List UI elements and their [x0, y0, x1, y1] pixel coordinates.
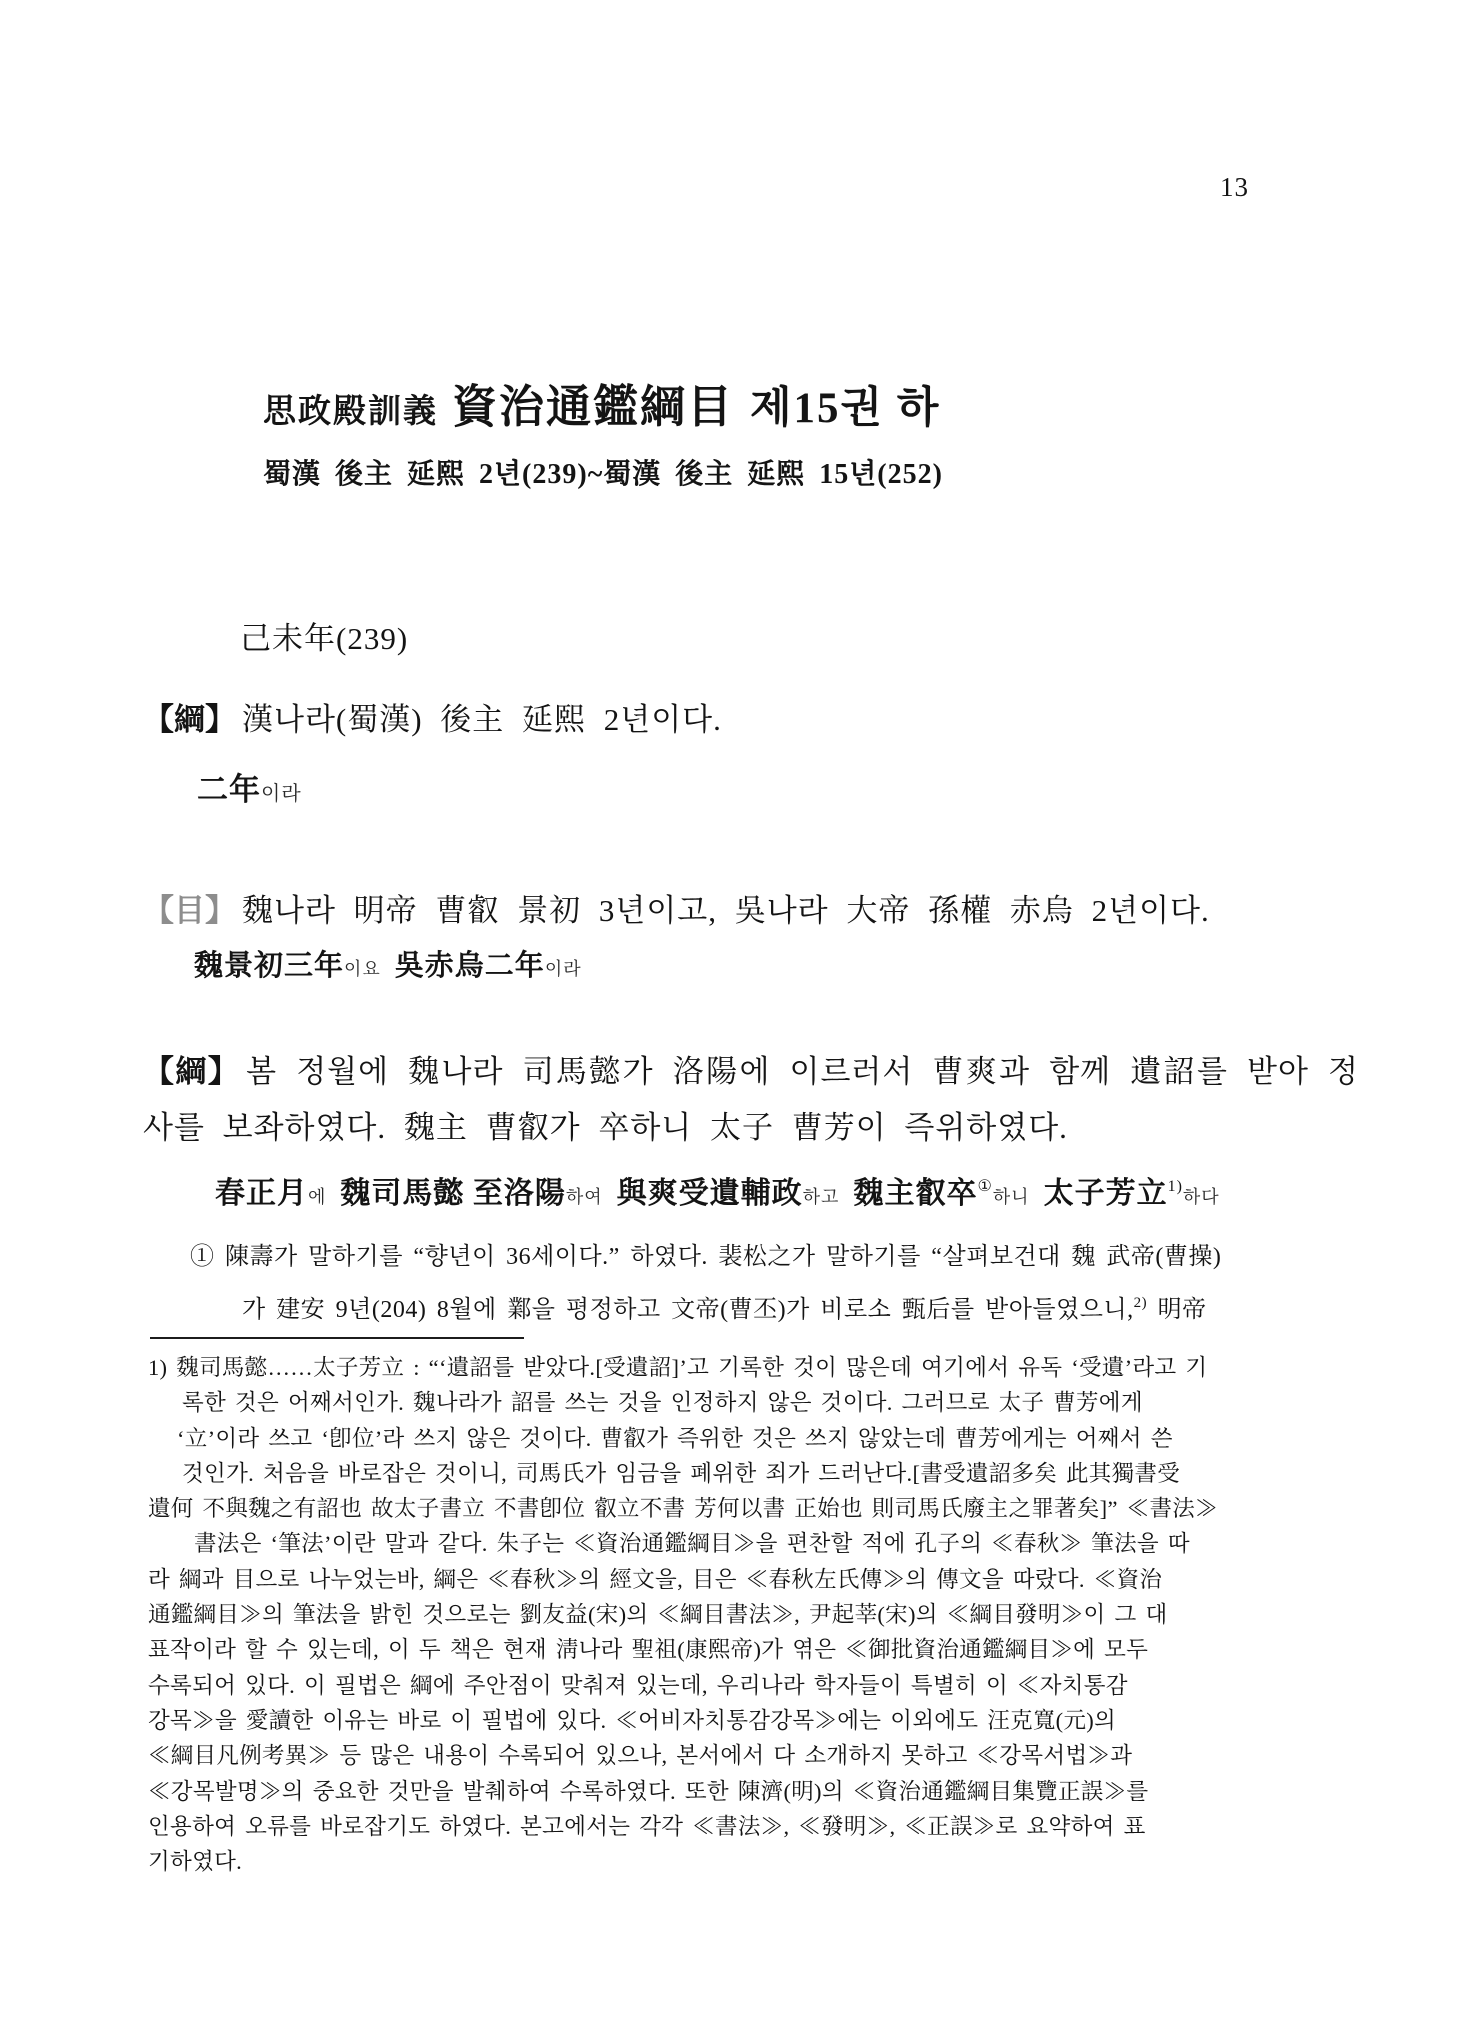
hanmun-particle: 하고	[803, 1187, 840, 1207]
title-main: 資治通鑑綱目	[452, 382, 734, 432]
hanmun-main: 二年	[197, 772, 261, 807]
note-line: 가 建安 9년(204) 8월에 鄴을 평정하고 文帝(曹丕)가 비로소 甄后를…	[242, 1280, 1380, 1333]
hanmun-main: 與爽受遺輔政	[617, 1177, 803, 1210]
footnote-block-1: 1) 魏司馬懿……太子芳立 : “‘遺詔를 받았다.[受遺詔]’고 기록한 것이…	[148, 1350, 1373, 1879]
footnote-line: 기하였다.	[148, 1844, 1373, 1879]
hanmun-particle: 하다	[1183, 1187, 1220, 1207]
gang-entry-1: 【綱】漢나라(蜀漢) 後主 延熙 2년이다.	[143, 694, 722, 739]
hanmun-main: 魏主叡卒	[853, 1177, 977, 1210]
mok-entry-1-text: 魏나라 明帝 曹叡 景初 3년이고, 吳나라 大帝 孫權 赤烏 2년이다.	[242, 893, 1210, 928]
year-heading: 己未年(239)	[240, 613, 408, 658]
hanmun-main: 太子芳立	[1044, 1177, 1168, 1210]
gang-entry-1-hanmun: 二年이라	[197, 764, 302, 809]
footnote-ref-1: 1)	[1168, 1178, 1183, 1195]
hanmun-particle: 이요	[344, 959, 381, 979]
footnote-line: 강목≫을 愛讀한 이유는 바로 이 필법에 있다. ≪어비자치통감강목≫에는 이…	[148, 1703, 1373, 1738]
document-subtitle: 蜀漢 後主 延熙 2년(239)~蜀漢 後主 延熙 15년(252)	[263, 452, 943, 492]
gang-entry-2-hanmun: 春正月에魏司馬懿 至洛陽하여與爽受遺輔政하고魏主叡卒①하니太子芳立1)하다	[215, 1168, 1220, 1212]
hanmun-particle: 하여	[566, 1187, 603, 1207]
gang-entry-2-line1: 【綱】봄 정월에 魏나라 司馬懿가 洛陽에 이르러서 曹爽과 함께 遺詔를 받아…	[143, 1044, 1359, 1100]
hanmun-main: 魏司馬懿 至洛陽	[340, 1177, 566, 1210]
mok-marker: 【目】	[143, 893, 236, 928]
gang-entry-2-line2: 사를 보좌하였다. 魏主 曹叡가 卒하니 太子 曹芳이 즉위하였다.	[143, 1100, 1359, 1156]
footnote-line: 1) 魏司馬懿……太子芳立 : “‘遺詔를 받았다.[受遺詔]’고 기록한 것이…	[148, 1350, 1373, 1385]
hanmun-main: 吳赤烏二年	[395, 950, 545, 982]
gang-marker: 【綱】	[143, 1054, 240, 1089]
footnote-ref-2: 2)	[1134, 1295, 1148, 1311]
mok-entry-1-hanmun: 魏景初三年이요吳赤烏二年이라	[194, 943, 582, 984]
hanmun-main: 春正月	[215, 1177, 308, 1210]
footnote-line: 수록되어 있다. 이 필법은 綱에 주안점이 맞춰져 있는데, 우리나라 학자들…	[148, 1668, 1373, 1703]
hanmun-main: 魏景初三年	[194, 950, 344, 982]
gang-marker: 【綱】	[143, 702, 236, 737]
hanmun-particle: 하니	[993, 1187, 1030, 1207]
footnote-line: 通鑑綱目≫의 筆法을 밝힌 것으로는 劉友益(宋)의 ≪綱目書法≫, 尹起莘(宋…	[148, 1597, 1373, 1632]
gang-entry-1-text: 漢나라(蜀漢) 後主 延熙 2년이다.	[242, 702, 722, 737]
mok-entry-1: 【目】魏나라 明帝 曹叡 景初 3년이고, 吳나라 大帝 孫權 赤烏 2년이다.	[143, 885, 1210, 930]
note-line: ① 陳壽가 말하기를 “향년이 36세이다.” 하였다. 裴松之가 말하기를 “…	[190, 1234, 1380, 1280]
footnote-line: ≪綱目凡例考異≫ 등 많은 내용이 수록되어 있으나, 본서에서 다 소개하지 …	[148, 1738, 1373, 1773]
document-page: 13 思政殿訓義資治通鑑綱目제15권 하 蜀漢 後主 延熙 2년(239)~蜀漢…	[0, 0, 1480, 2024]
footnote-line: ≪강목발명≫의 중요한 것만을 발췌하여 수록하였다. 또한 陳濟(明)의 ≪資…	[148, 1774, 1373, 1809]
footnote-line: 것인가. 처음을 바로잡은 것이니, 司馬氏가 임금을 폐위한 죄가 드러난다.…	[182, 1456, 1373, 1491]
hanmun-particle: 에	[308, 1187, 326, 1207]
footnote-line: 라 綱과 目으로 나누었는바, 綱은 ≪春秋≫의 經文을, 目은 ≪春秋左氏傳≫…	[148, 1562, 1373, 1597]
title-prefix: 思政殿訓義	[263, 394, 438, 430]
footnote-line: 遺何 不與魏之有詔也 故太子書立 不書卽位 叡立不書 芳何以書 正始也 則司馬氏…	[148, 1491, 1373, 1526]
hanmun-particle: 이라	[261, 783, 302, 805]
hanmun-particle: 이라	[545, 959, 582, 979]
page-number: 13	[1220, 172, 1249, 203]
footnote-line: ‘立’이라 쓰고 ‘卽位’라 쓰지 않은 것이다. 曹叡가 즉위한 것은 쓰지 …	[177, 1421, 1373, 1456]
footnote-ref-circle-1: ①	[977, 1178, 992, 1195]
inline-note-circle-1: ① 陳壽가 말하기를 “향년이 36세이다.” 하였다. 裴松之가 말하기를 “…	[190, 1234, 1380, 1333]
footnote-line: 록한 것은 어째서인가. 魏나라가 詔를 쓰는 것을 인정하지 않은 것이다. …	[182, 1385, 1373, 1420]
footnote-line: 표작이라 할 수 있는데, 이 두 책은 현재 淸나라 聖祖(康熙帝)가 엮은 …	[148, 1632, 1373, 1667]
document-title: 思政殿訓義資治通鑑綱目제15권 하	[263, 370, 940, 435]
footnote-line: 書法은 ‘筆法’이란 말과 같다. 朱子는 ≪資治通鑑綱目≫을 편찬할 적에 孔…	[194, 1526, 1373, 1561]
title-volume: 제15권 하	[750, 385, 940, 432]
footnote-line: 인용하여 오류를 바로잡기도 하였다. 본고에서는 각각 ≪書法≫, ≪發明≫,…	[148, 1809, 1373, 1844]
footnote-separator-rule	[150, 1337, 524, 1339]
gang-entry-2: 【綱】봄 정월에 魏나라 司馬懿가 洛陽에 이르러서 曹爽과 함께 遺詔를 받아…	[143, 1044, 1359, 1156]
